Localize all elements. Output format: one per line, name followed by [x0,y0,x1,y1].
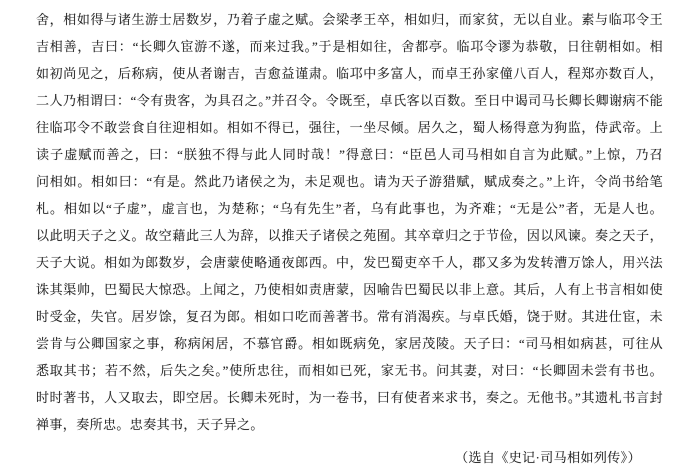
passage-line: 吉相善，吉曰：“长卿久宦游不遂，而来过我。”于是相如往，舍都亭。临邛令谬为恭敬，… [36,33,663,60]
passage-line: 禅事，奏所忠。忠奏其书，天子异之。 [36,411,663,438]
document-page: 舍，相如得与诸生游士居数岁，乃着子虚之赋。会梁孝王卒，相如归，而家贫，无以自业。… [0,0,700,470]
passage-line: 如初尚见之，后称病，使从者谢吉，吉愈益谨肃。临邛中多富人，而卓王孙家僮八百人，程… [36,60,663,87]
passage-line: 读子虚赋而善之，曰：“朕独不得与此人同时哉！”得意曰：“臣邑人司马相如自言为此赋… [36,141,663,168]
passage-line: 舍，相如得与诸生游士居数岁，乃着子虚之赋。会梁孝王卒，相如归，而家贫，无以自业。… [36,6,663,33]
passage-line: 以此明天子之义。故空藉此三人为辞，以推天子诸侯之苑囿。其卒章归之于节俭，因以风谏… [36,222,663,249]
passage-line: 二人乃相谓曰：“令有贵客，为具召之。”并召令。令既至，卓氏客以百数。至日中谒司马… [36,87,663,114]
passage-text-block: 舍，相如得与诸生游士居数岁，乃着子虚之赋。会梁孝王卒，相如归，而家贫，无以自业。… [36,6,663,470]
passage-line: 问相如。相如曰：“有是。然此乃诸侯之为，未足观也。请为天子游猎赋，赋成奏之。”上… [36,168,663,195]
passage-line: 札。相如以“子虚”，虚言也，为楚称；“乌有先生”者，乌有此事也，为齐难；“无是公… [36,195,663,222]
passage-line: 尝肯与公卿国家之事，称病闲居，不慕官爵。相如既病免，家居茂陵。天子曰：“司马相如… [36,330,663,357]
source-attribution: （选自《史记·司马相如列传》） [36,444,663,470]
passage-line: 天子大说。相如为郎数岁，会唐蒙使略通夜郎西。中，发巴蜀吏卒千人，郡又多为发转漕万… [36,249,663,276]
passage-line: 时受金，失官。居岁馀，复召为郎。相如口吃而善著书。常有消渴疾。与卓氏婚，饶于财。… [36,303,663,330]
passage-line: 悉取其书；若不然，后失之矣。”使所忠往，而相如已死，家无书。问其妻，对曰：“长卿… [36,357,663,384]
passage-line: 往临邛令不敢尝食自往迎相如。相如不得已，强往，一坐尽倾。居久之，蜀人杨得意为狗监… [36,114,663,141]
passage-line: 诛其渠帅，巴蜀民大惊恐。上闻之，乃使相如责唐蒙，因喻告巴蜀民以非上意。其后，人有… [36,276,663,303]
passage-line: 时时著书，人又取去，即空居。长卿未死时，为一卷书，曰有使者来求书，奏之。无他书。… [36,384,663,411]
